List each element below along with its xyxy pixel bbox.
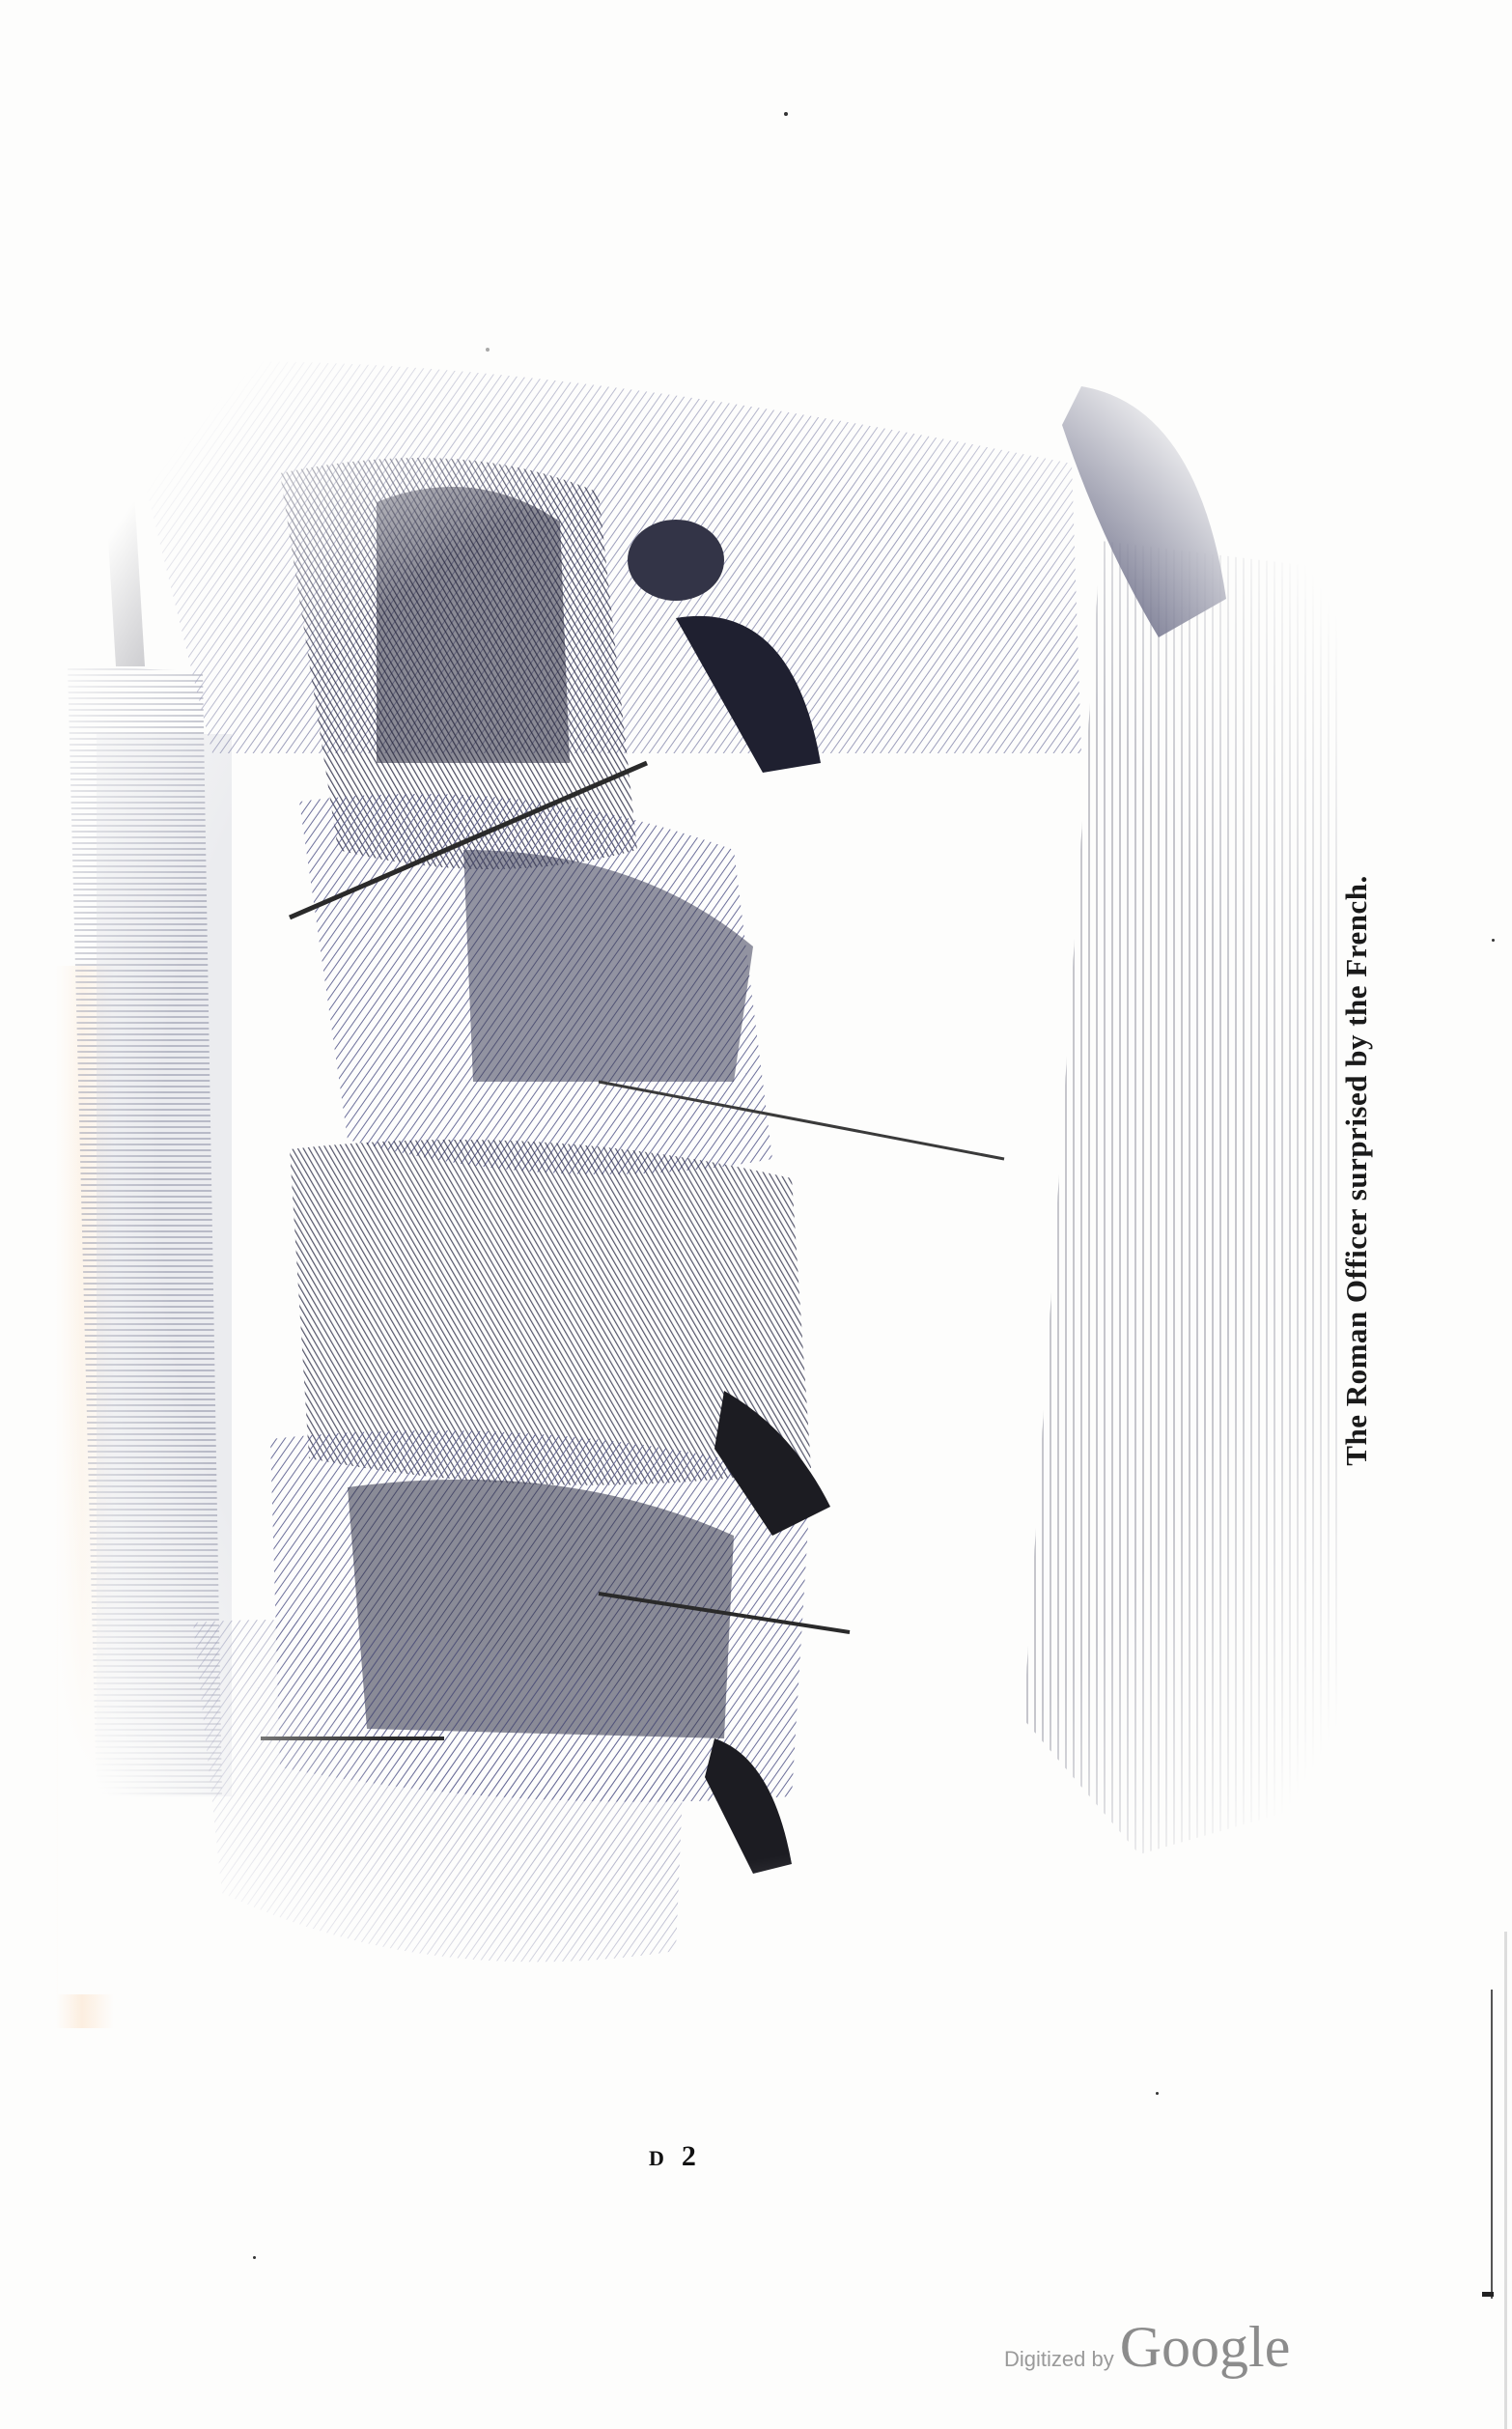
illustration-caption: The Roman Officer surprised by the Frenc… bbox=[1339, 875, 1374, 1465]
scan-speck bbox=[784, 112, 788, 116]
book-page: The Roman Officer surprised by the Frenc… bbox=[0, 0, 1512, 2429]
engraving-illustration bbox=[58, 348, 1342, 1994]
digitized-watermark: Digitized by Google bbox=[1004, 2314, 1290, 2381]
page-signature: D2 bbox=[649, 2140, 696, 2173]
watermark-brand-logo: Google bbox=[1120, 2314, 1291, 2381]
watermark-prefix: Digitized by bbox=[1004, 2347, 1114, 2372]
scan-speck bbox=[1156, 2092, 1159, 2095]
page-edge-shadow bbox=[1504, 1932, 1507, 2429]
scan-speck bbox=[1492, 939, 1495, 942]
signature-number: 2 bbox=[682, 2140, 696, 2172]
page-edge-mark bbox=[1482, 2292, 1494, 2297]
scan-speck bbox=[253, 2256, 256, 2259]
page-edge-line bbox=[1491, 1990, 1493, 2299]
signature-letter: D bbox=[649, 2146, 664, 2170]
